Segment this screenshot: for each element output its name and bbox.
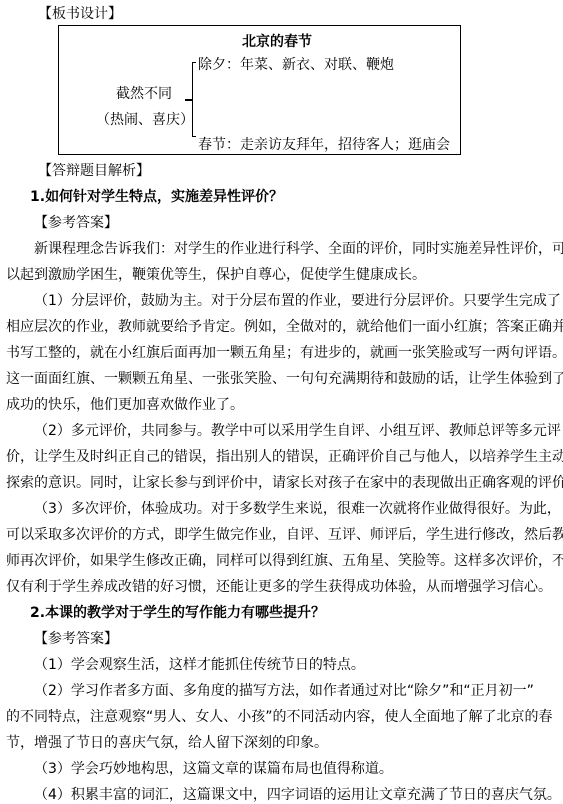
answer-line: （3）学会巧妙地构思，这篇文章的谋篇布局也值得称道。 (34, 758, 393, 778)
question-1: 1.如何针对学生特点，实施差异性评价？ (30, 186, 283, 206)
board-title: 北京的春节 (242, 31, 312, 51)
answer-line: 这一面面红旗、一颗颗五角星、一张张笑脸、一句句充满期待和鼓励的话，让学生体验到了 (6, 368, 563, 388)
answer-line: 新课程理念告诉我们：对学生的作业进行科学、全面的评价，同时实施差异性评价，可 (34, 238, 563, 258)
answer-line: 师再次评价，如果学生修改正确，同样可以得到红旗、五角星、笑脸等。这样多次评价，不 (6, 550, 563, 570)
answer-line: 成功的快乐，他们更加喜欢做作业了。 (6, 394, 244, 414)
board-left-sub: （热闹、喜庆） (96, 109, 194, 129)
answer-line: 仅有利于学生养成改错的好习惯，还能让更多的学生获得成功体验，从而增强学习信心。 (6, 576, 552, 596)
answer-line: 可以采取多次评价的方式，即学生做完作业，自评、互评、师评后，学生进行修改，然后教 (6, 524, 563, 544)
answer-line: （4）积累丰富的词汇，这篇课文中，四字词语的运用让文章充满了节日的喜庆气氛。 (34, 784, 561, 804)
defense-analysis-label: 【答辩题目解析】 (38, 160, 150, 180)
question-number: 1. (30, 189, 45, 205)
answer-line: 的不同特点，注意观察“男人、女人、小孩”的不同活动内容，使人全面地了解了北京的春 (6, 706, 553, 726)
brace-icon (192, 62, 193, 137)
answer-label-1: 【参考答案】 (34, 212, 118, 232)
board-branch-bottom: 春节：走亲访友拜年，招待客人；逛庙会 (198, 134, 450, 154)
answer-label-2: 【参考答案】 (34, 628, 118, 648)
brace-bottom-tick (192, 136, 196, 137)
question-text: 如何针对学生特点，实施差异性评价？ (45, 189, 283, 205)
question-text: 本课的教学对于学生的写作能力有哪些提升？ (45, 605, 325, 621)
question-2: 2.本课的教学对于学生的写作能力有哪些提升？ (30, 602, 325, 622)
answer-line: 相应层次的作业，教师就要给予肯定。例如，全做对的，就给他们一面小红旗；答案正确并 (6, 316, 563, 336)
answer-line: 以起到激励学困生，鞭策优等生，保护自尊心，促使学生健康成长。 (6, 264, 426, 284)
answer-line: （2）学习作者多方面、多角度的描写方法，如作者通过对比“除夕”和“正月初一” (34, 680, 534, 700)
answer-line: 节，增强了节日的喜庆气氛，给人留下深刻的印象。 (6, 732, 328, 752)
answer-line: 探索的意识。同时，让家长参与到评价中，请家长对孩子在家中的表现做出正确客观的评价… (6, 472, 563, 492)
board-branch-top: 除夕：年菜、新衣、对联、鞭炮 (198, 54, 394, 74)
answer-line: （2）多元评价，共同参与。教学中可以采用学生自评、小组互评、教师总评等多元评 (34, 420, 561, 440)
answer-line: （1）分层评价，鼓励为主。对于分层布置的作业，要进行分层评价。只要学生完成了 (34, 290, 561, 310)
brace-top-tick (192, 62, 196, 63)
answer-line: （3）多次评价，体验成功。对于多数学生来说，很难一次就将作业做得很好。为此， (34, 498, 561, 518)
brace-middle-tick (185, 99, 192, 101)
board-left-main: 截然不同 (116, 83, 172, 103)
question-number: 2. (30, 605, 45, 621)
answer-line: （1）学会观察生活，这样才能抓住传统节日的特点。 (34, 654, 365, 674)
board-design-label: 【板书设计】 (38, 3, 122, 23)
answer-line: 价，让学生及时纠正自己的错误，指出别人的错误，正确评价自己与他人，以培养学生主动 (6, 446, 563, 466)
answer-line: 书写工整的，就在小红旗后面再加一颗五角星；有进步的，就画一张笑脸或写一两句评语。 (6, 342, 563, 362)
